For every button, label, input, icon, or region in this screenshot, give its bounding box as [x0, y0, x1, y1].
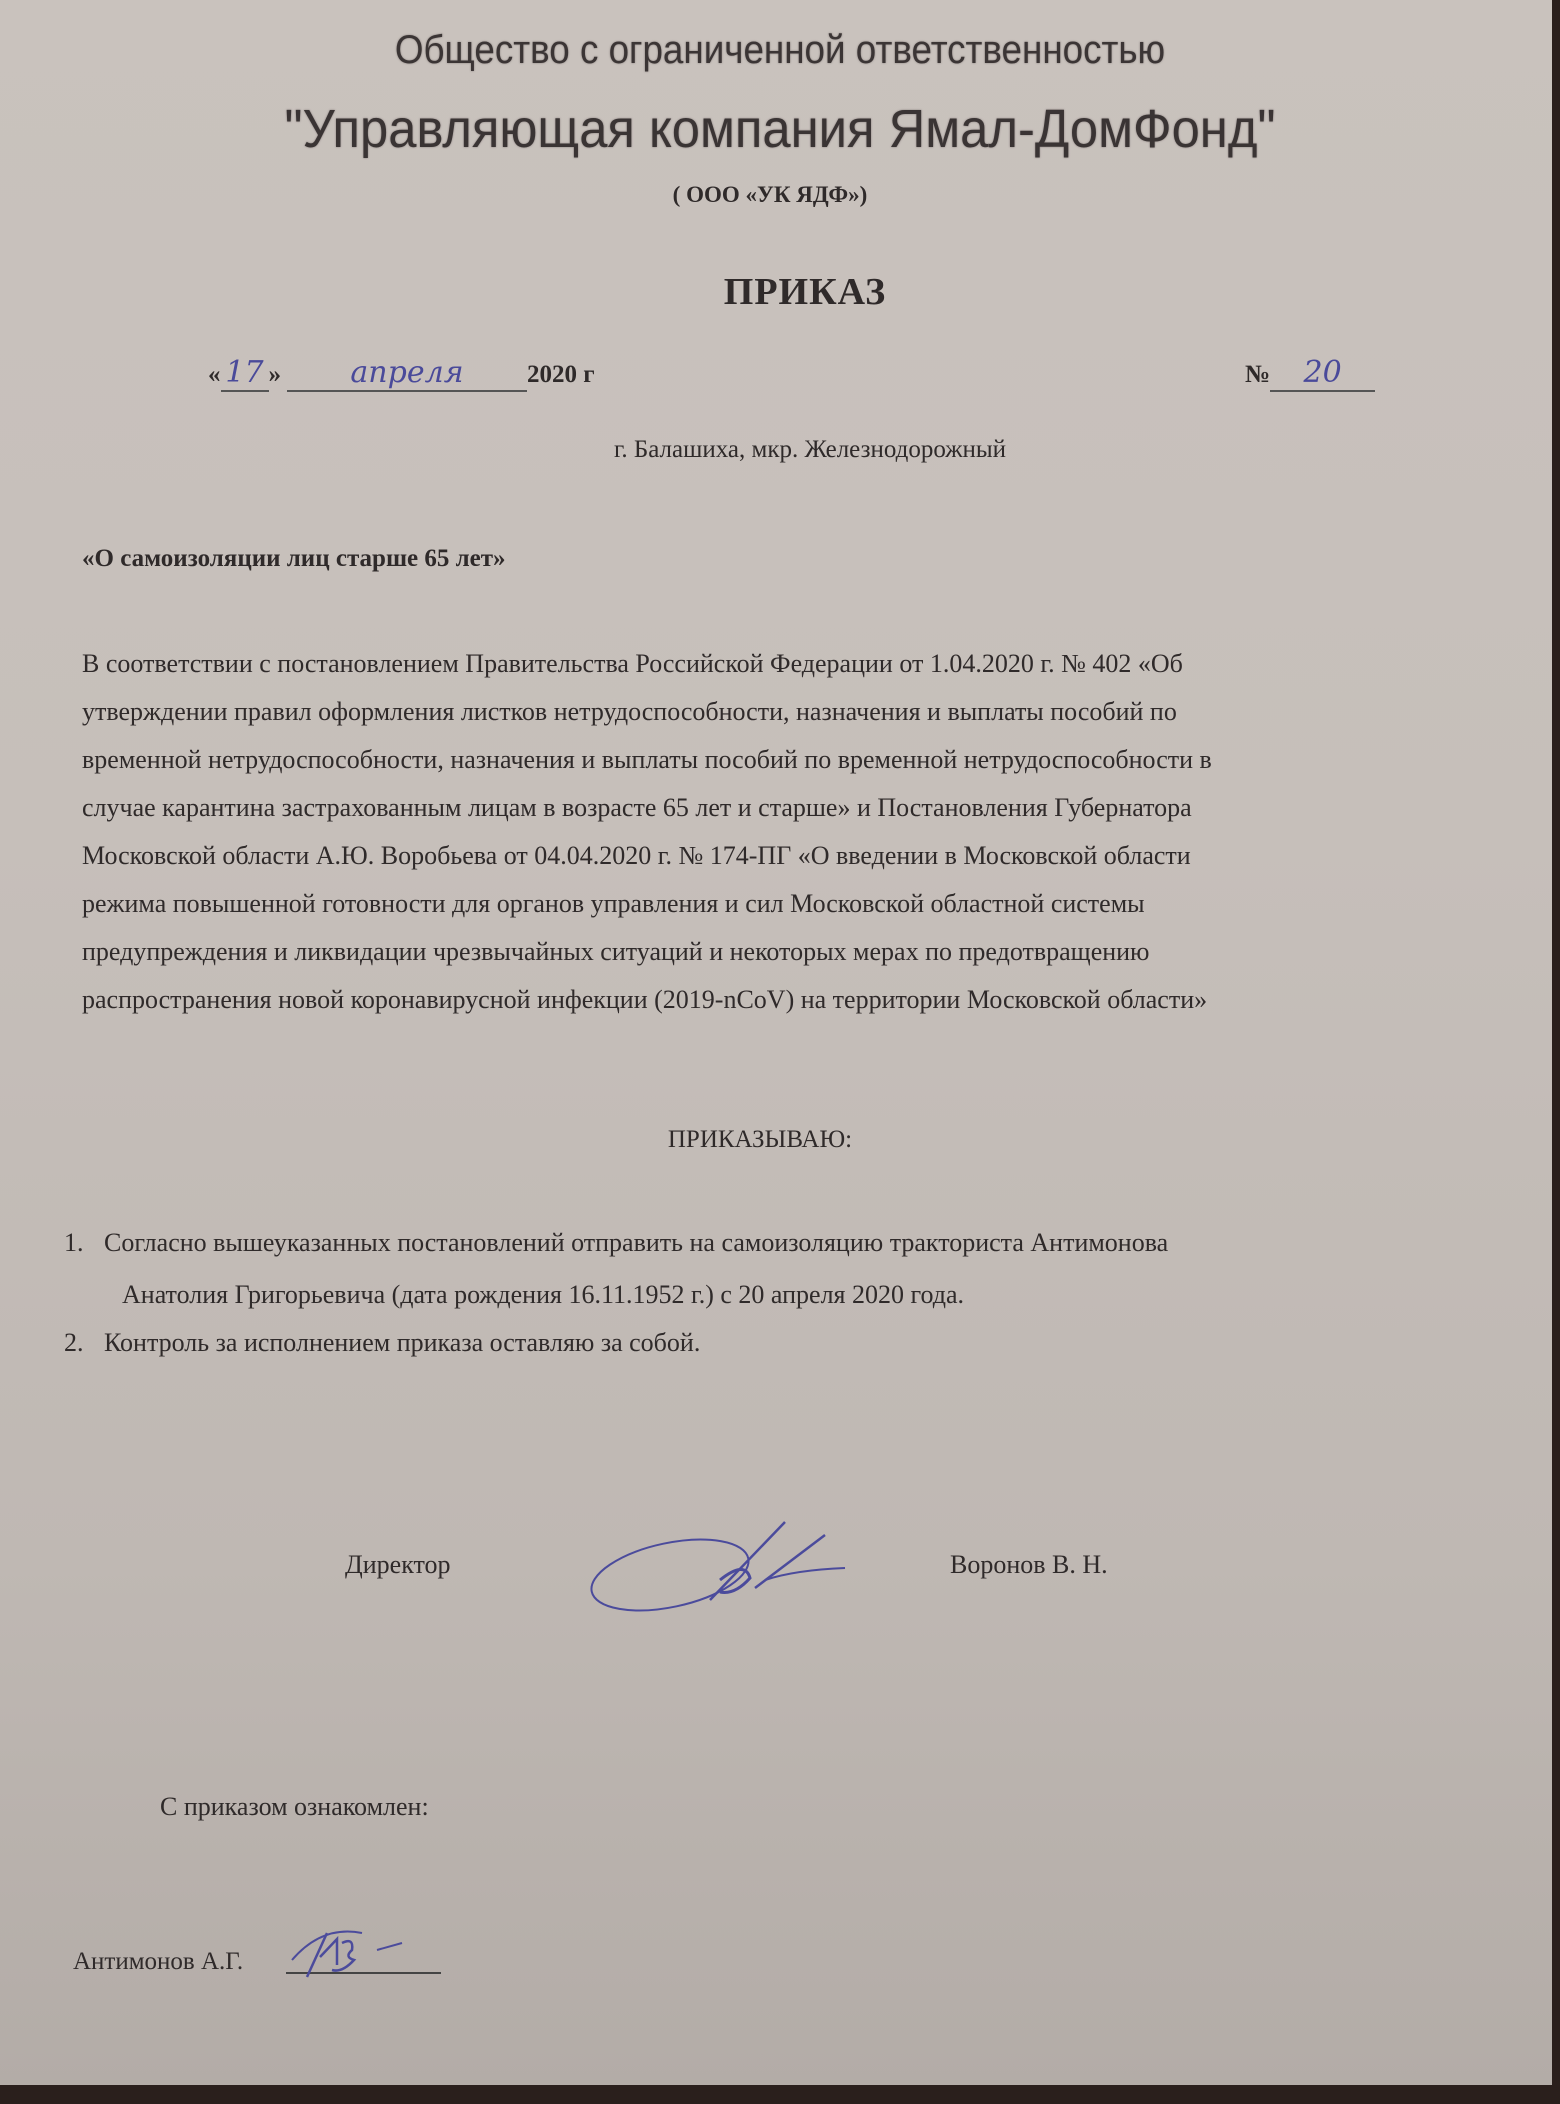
preamble-line: временной нетрудоспособности, назначения…: [82, 736, 1422, 784]
employee-signature-icon: [282, 1915, 422, 1985]
number-handwritten: 20: [1304, 355, 1342, 390]
org-name-line1: Общество с ограниченной ответственностью: [62, 28, 1497, 73]
item-text: Согласно вышеуказанных постановлений отп…: [104, 1228, 1168, 1257]
preamble-line: Московской области А.Ю. Воробьева от 04.…: [82, 832, 1422, 880]
date-day-field: 17: [221, 355, 269, 392]
order-item-1: 1.Согласно вышеуказанных постановлений о…: [64, 1228, 1168, 1258]
preamble-line: случае карантина застрахованным лицам в …: [82, 784, 1422, 832]
signatory-role: Директор: [345, 1550, 451, 1580]
date-month-handwritten: апреля: [350, 355, 463, 390]
number-field: 20: [1270, 355, 1375, 392]
document-city: г. Балашиха, мкр. Железнодорожный: [30, 436, 1560, 464]
preamble-line: В соответствии с постановлением Правител…: [82, 640, 1422, 688]
preamble-line: предупреждения и ликвидации чрезвычайных…: [82, 928, 1422, 976]
preamble-line: режима повышенной готовности для органов…: [82, 880, 1422, 928]
item-number: 2.: [64, 1328, 104, 1358]
preamble-line: утверждении правил оформления листков не…: [82, 688, 1422, 736]
date-month-field: апреля: [287, 355, 527, 392]
acknowledgement-name: Антимонов А.Г.: [73, 1948, 243, 1976]
orders-heading: ПРИКАЗЫВАЮ:: [0, 1126, 1540, 1154]
number-label: №: [1245, 361, 1270, 388]
org-short-name: ( ООО «УК ЯДФ»): [0, 182, 1550, 208]
preamble-line: распространения новой коронавирусной инф…: [82, 976, 1422, 1024]
preamble-paragraph: В соответствии с постановлением Правител…: [82, 640, 1422, 1024]
order-number: №20: [1245, 355, 1375, 392]
order-item-2: 2.Контроль за исполнением приказа оставл…: [64, 1328, 700, 1358]
order-item-1-continued: Анатолия Григорьевича (дата рождения 16.…: [122, 1280, 964, 1310]
date-open-quote: «: [208, 361, 221, 388]
date-close-quote: »: [269, 361, 282, 388]
order-date: «17»апреля2020 г: [208, 355, 595, 392]
acknowledgement-label: С приказом ознакомлен:: [160, 1792, 429, 1822]
date-year: 2020 г: [527, 361, 595, 388]
document-subject: «О самоизоляции лиц старше 65 лет»: [82, 545, 506, 573]
item-text: Контроль за исполнением приказа оставляю…: [104, 1328, 700, 1357]
org-name-line2: "Управляющая компания Ямал-ДомФонд": [47, 98, 1513, 160]
date-day-handwritten: 17: [225, 355, 263, 390]
document-title: ПРИКАЗ: [25, 270, 1560, 314]
item-number: 1.: [64, 1228, 104, 1258]
director-signature-icon: [570, 1500, 870, 1620]
director-name: Воронов В. Н.: [950, 1550, 1108, 1580]
